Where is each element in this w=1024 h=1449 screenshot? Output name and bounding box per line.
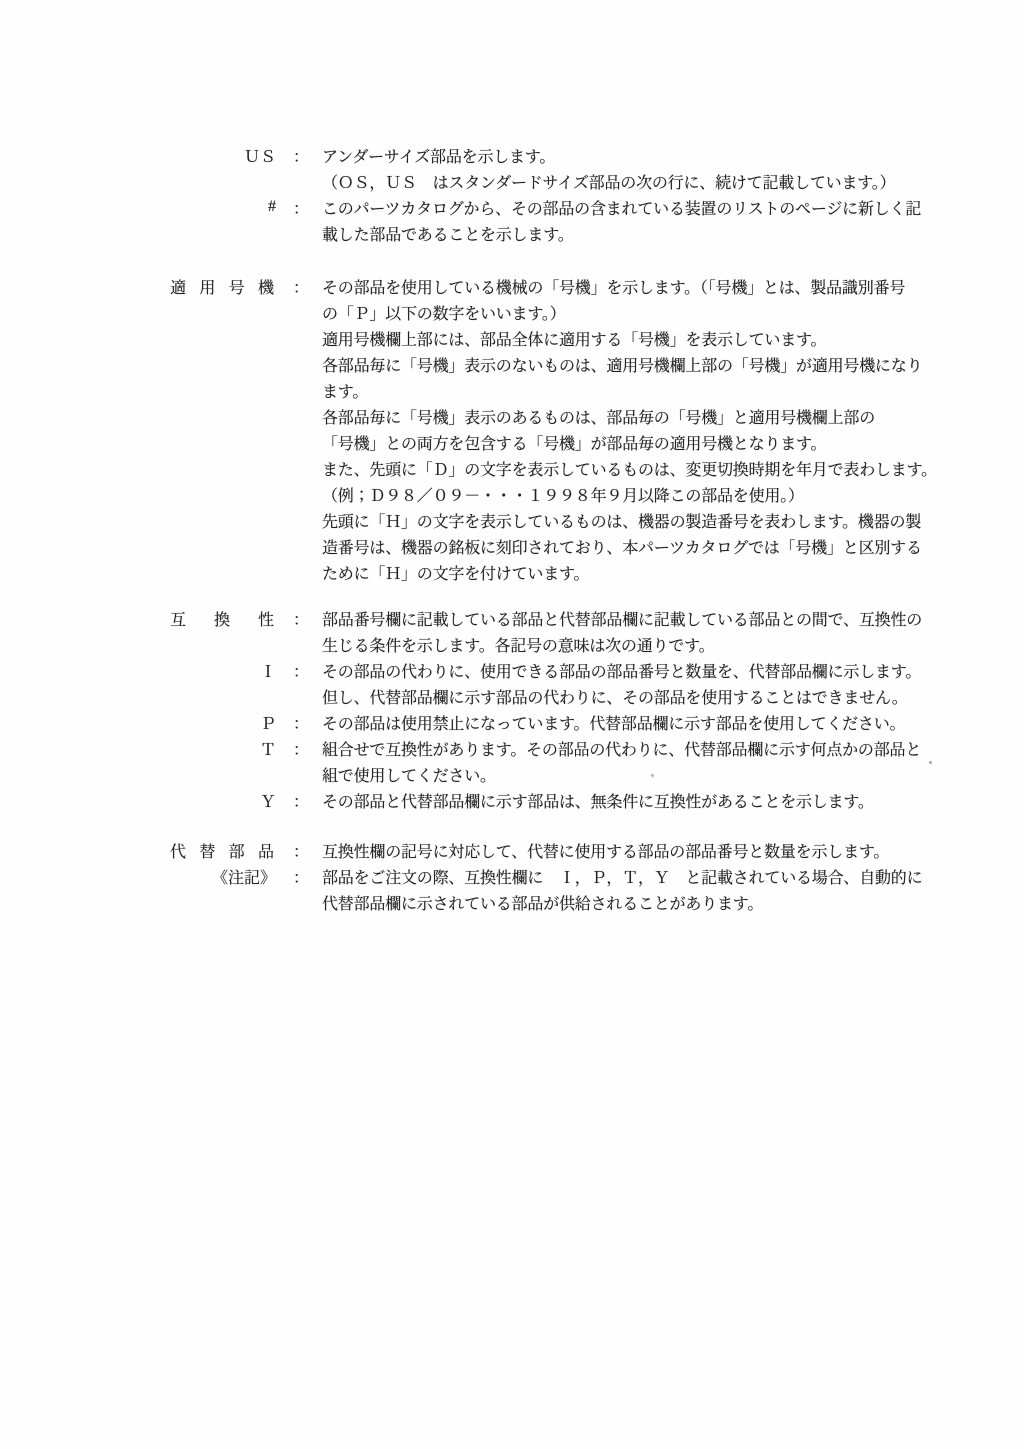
- colon-separator: ：: [282, 711, 322, 734]
- document-page: ＵＳ：アンダーサイズ部品を示します。（ＯＳ，ＵＳ はスタンダードサイズ部品の次の…: [0, 0, 1024, 1449]
- colon-separator: ：: [282, 839, 322, 862]
- text-row: ＵＳ：アンダーサイズ部品を示します。: [0, 142, 1024, 168]
- text-row: 各部品毎に「号機」表示のないものは、適用号機欄上部の「号機」が適用号機になり: [0, 351, 1024, 377]
- text-line: このパーツカタログから、その部品の含まれている装置のリストのページに新しく記: [322, 196, 1024, 219]
- text-line: その部品は使用禁止になっています。代替部品欄に示す部品を使用してください。: [322, 711, 1024, 734]
- text-row: 造番号は、機器の銘板に刻印されており、本パーツカタログでは「号機」と区別する: [0, 533, 1024, 559]
- term-label-char: 品: [258, 839, 274, 862]
- text-row: 先頭に「Ｈ」の文字を表示しているものは、機器の製造番号を表わします。機器の製: [0, 507, 1024, 533]
- text-row: の「Ｐ」以下の数字をいいます。）: [0, 299, 1024, 325]
- text-row: Ｐ：その部品は使用禁止になっています。代替部品欄に示す部品を使用してください。: [0, 709, 1024, 735]
- section-substitute-parts: 代替部品：互換性欄の記号に対応して、代替に使用する部品の部品番号と数量を示します…: [0, 837, 1024, 915]
- term-label-char: 替: [199, 839, 215, 862]
- text-line: ために「Ｈ」の文字を付けています。: [322, 561, 1024, 584]
- section-applicable-serial-number: 適用号機：その部品を使用している機械の「号機」を示します。（「号機」とは、製品識…: [0, 273, 1024, 585]
- term-label: 代替部品: [170, 839, 282, 862]
- text-row: 生じる条件を示します。各記号の意味は次の通りです。: [0, 631, 1024, 657]
- text-line: また、先頭に「Ｄ」の文字を表示しているものは、変更切換時期を年月で表わします。: [322, 457, 1024, 480]
- text-row: Ｔ：組合せで互換性があります。その部品の代わりに、代替部品欄に示す何点かの部品と: [0, 735, 1024, 761]
- text-line: の「Ｐ」以下の数字をいいます。）: [322, 301, 1024, 324]
- text-row: 代替部品欄に示されている部品が供給されることがあります。: [0, 889, 1024, 915]
- term-label-text: 適用号機: [170, 275, 274, 298]
- term-label: ＵＳ: [170, 144, 282, 167]
- text-row: また、先頭に「Ｄ」の文字を表示しているものは、変更切換時期を年月で表わします。: [0, 455, 1024, 481]
- text-line: ます。: [322, 379, 1024, 402]
- text-row: 適用号機欄上部には、部品全体に適用する「号機」を表示しています。: [0, 325, 1024, 351]
- text-line: （ＯＳ，ＵＳ はスタンダードサイズ部品の次の行に、続けて記載しています。）: [322, 170, 1024, 193]
- text-row: 《注記》：部品をご注文の際、互換性欄に Ｉ，Ｐ，Ｔ，Ｙ と記載されている場合、自…: [0, 863, 1024, 889]
- section-interchangeability: 互換性：部品番号欄に記載している部品と代替部品欄に記載している部品との間で、互換…: [0, 605, 1024, 813]
- term-label-char: 機: [258, 275, 274, 298]
- text-line: 「号機」との両方を包含する「号機」が部品毎の適用号機となります。: [322, 431, 1024, 454]
- text-row: 代替部品：互換性欄の記号に対応して、代替に使用する部品の部品番号と数量を示します…: [0, 837, 1024, 863]
- colon-separator: ：: [282, 737, 322, 760]
- colon-separator: ：: [282, 659, 322, 682]
- term-label-char: 部: [229, 839, 245, 862]
- term-label: Ｙ: [170, 789, 282, 812]
- text-line: 部品番号欄に記載している部品と代替部品欄に記載している部品との間で、互換性の: [322, 607, 1024, 630]
- term-label-char: 代: [170, 839, 186, 862]
- colon-separator: ：: [282, 789, 322, 812]
- document-content: ＵＳ：アンダーサイズ部品を示します。（ＯＳ，ＵＳ はスタンダードサイズ部品の次の…: [0, 0, 1024, 915]
- text-line: 各部品毎に「号機」表示のないものは、適用号機欄上部の「号機」が適用号機になり: [322, 353, 1024, 376]
- text-row: 各部品毎に「号機」表示のあるものは、部品毎の「号機」と適用号機欄上部の: [0, 403, 1024, 429]
- term-label: Ｉ: [170, 659, 282, 682]
- text-row: 互換性：部品番号欄に記載している部品と代替部品欄に記載している部品との間で、互換…: [0, 605, 1024, 631]
- text-row: Ｉ：その部品の代わりに、使用できる部品の部品番号と数量を、代替部品欄に示します。: [0, 657, 1024, 683]
- text-line: 各部品毎に「号機」表示のあるものは、部品毎の「号機」と適用号機欄上部の: [322, 405, 1024, 428]
- text-line: その部品と代替部品欄に示す部品は、無条件に互換性があることを示します。: [322, 789, 1024, 812]
- term-label-char: 性: [258, 607, 274, 630]
- term-label: Ｐ: [170, 711, 282, 734]
- section-size-symbols: ＵＳ：アンダーサイズ部品を示します。（ＯＳ，ＵＳ はスタンダードサイズ部品の次の…: [0, 142, 1024, 246]
- term-label-char: 換: [214, 607, 230, 630]
- text-row: 「号機」との両方を包含する「号機」が部品毎の適用号機となります。: [0, 429, 1024, 455]
- text-row: 組で使用してください。: [0, 761, 1024, 787]
- text-line: 適用号機欄上部には、部品全体に適用する「号機」を表示しています。: [322, 327, 1024, 350]
- text-line: 代替部品欄に示されている部品が供給されることがあります。: [322, 891, 1024, 914]
- text-row: #：このパーツカタログから、その部品の含まれている装置のリストのページに新しく記: [0, 194, 1024, 220]
- text-line: 但し、代替部品欄に示す部品の代わりに、その部品を使用することはできません。: [322, 685, 1024, 708]
- text-line: その部品の代わりに、使用できる部品の部品番号と数量を、代替部品欄に示します。: [322, 659, 1024, 682]
- text-line: アンダーサイズ部品を示します。: [322, 144, 1024, 167]
- colon-separator: ：: [282, 144, 322, 167]
- text-row: 適用号機：その部品を使用している機械の「号機」を示します。（「号機」とは、製品識…: [0, 273, 1024, 299]
- term-label: 互換性: [170, 607, 282, 630]
- term-label: #: [170, 198, 282, 216]
- term-label-char: 適: [170, 275, 186, 298]
- text-line: 互換性欄の記号に対応して、代替に使用する部品の部品番号と数量を示します。: [322, 839, 1024, 862]
- text-line: 組合せで互換性があります。その部品の代わりに、代替部品欄に示す何点かの部品と: [322, 737, 1024, 760]
- text-line: 組で使用してください。: [322, 763, 1024, 786]
- term-label: Ｔ: [170, 737, 282, 760]
- text-line: 生じる条件を示します。各記号の意味は次の通りです。: [322, 633, 1024, 656]
- text-line: （例；Ｄ９８／０９－・・・１９９８年９月以降この部品を使用。）: [322, 483, 1024, 506]
- text-row: 但し、代替部品欄に示す部品の代わりに、その部品を使用することはできません。: [0, 683, 1024, 709]
- colon-separator: ：: [282, 275, 322, 298]
- colon-separator: ：: [282, 196, 322, 219]
- text-row: （例；Ｄ９８／０９－・・・１９９８年９月以降この部品を使用。）: [0, 481, 1024, 507]
- text-line: 先頭に「Ｈ」の文字を表示しているものは、機器の製造番号を表わします。機器の製: [322, 509, 1024, 532]
- term-label-text: 互換性: [170, 607, 274, 630]
- text-line: 部品をご注文の際、互換性欄に Ｉ，Ｐ，Ｔ，Ｙ と記載されている場合、自動的に: [322, 865, 1024, 888]
- text-line: 造番号は、機器の銘板に刻印されており、本パーツカタログでは「号機」と区別する: [322, 535, 1024, 558]
- term-label-text: 代替部品: [170, 839, 274, 862]
- term-label: 《注記》: [170, 865, 282, 888]
- term-label-char: 号: [229, 275, 245, 298]
- text-row: ために「Ｈ」の文字を付けています。: [0, 559, 1024, 585]
- colon-separator: ：: [282, 865, 322, 888]
- text-row: （ＯＳ，ＵＳ はスタンダードサイズ部品の次の行に、続けて記載しています。）: [0, 168, 1024, 194]
- term-label: 適用号機: [170, 275, 282, 298]
- term-label-char: 互: [170, 607, 186, 630]
- text-line: 載した部品であることを示します。: [322, 222, 1024, 245]
- text-row: Ｙ：その部品と代替部品欄に示す部品は、無条件に互換性があることを示します。: [0, 787, 1024, 813]
- term-label-char: 用: [199, 275, 215, 298]
- scan-speck: [929, 761, 932, 764]
- colon-separator: ：: [282, 607, 322, 630]
- text-line: その部品を使用している機械の「号機」を示します。（「号機」とは、製品識別番号: [322, 275, 1024, 298]
- text-row: 載した部品であることを示します。: [0, 220, 1024, 246]
- text-row: ます。: [0, 377, 1024, 403]
